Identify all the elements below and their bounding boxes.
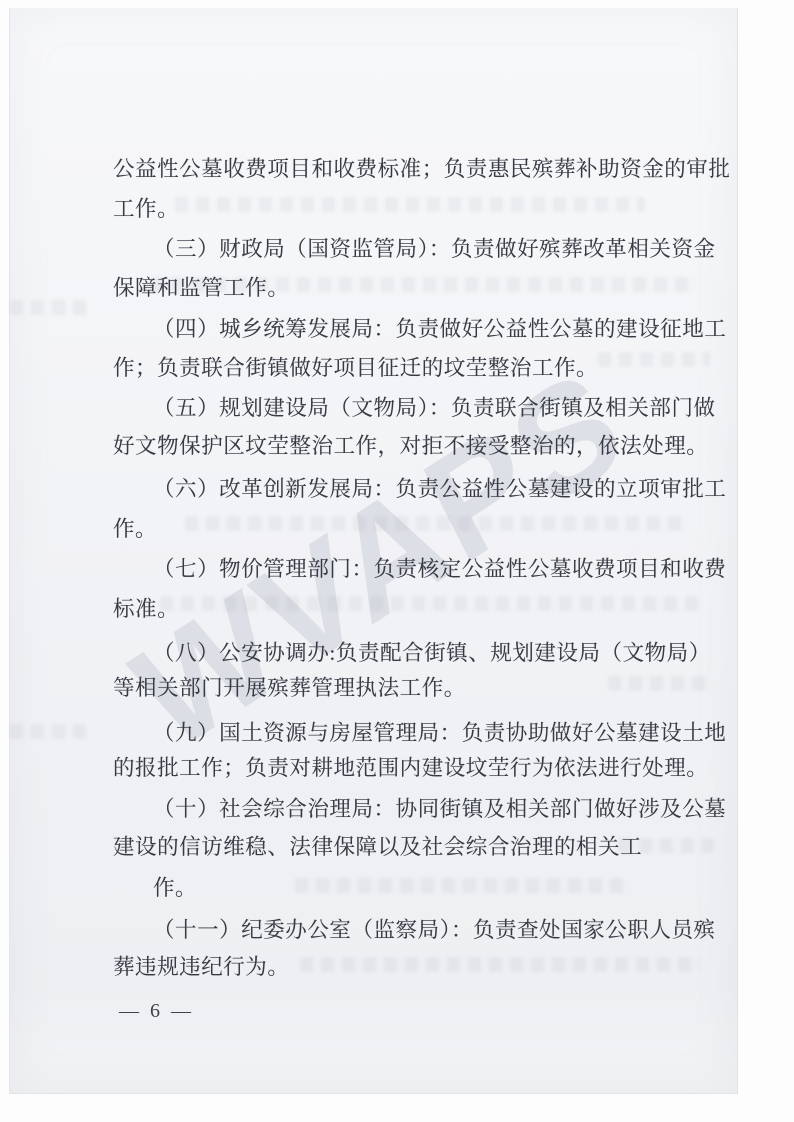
document-line: 工作。 — [113, 192, 719, 223]
document-line: （十一）纪委办公室（监察局）：负责查处国家公职人员殡 — [113, 913, 719, 944]
page-number: — 6 — — [119, 1000, 194, 1023]
document-line: 作。 — [113, 512, 719, 543]
document-line: 等相关部门开展殡葬管理执法工作。 — [113, 671, 719, 702]
bleedthrough-artifact — [10, 724, 86, 739]
document-line: （九）国土资源与房屋管理局：负责协助做好公墓建设土地 — [113, 716, 719, 747]
document-line: 作；负责联合街镇做好项目征迁的坟茔整治工作。 — [113, 351, 719, 382]
document-line: （十）社会综合治理局：协同街镇及相关部门做好涉及公墓 — [113, 792, 719, 823]
bleedthrough-artifact — [10, 300, 86, 315]
document-line: （七）物价管理部门：负责核定公益性公墓收费项目和收费 — [113, 552, 719, 583]
document-line: 的报批工作；负责对耕地范围内建设坟茔行为依法进行处理。 — [113, 751, 719, 782]
document-line: 保障和监管工作。 — [113, 271, 719, 302]
document-line: 葬违规违纪行为。 — [113, 950, 719, 981]
document-line: （四）城乡统筹发展局：负责做好公益性公墓的建设征地工 — [113, 312, 719, 343]
document-line: （六）改革创新发展局：负责公益性公墓建设的立项审批工 — [113, 472, 719, 503]
document-line: 好文物保护区坟茔整治工作，对拒不接受整治的，依法处理。 — [113, 429, 719, 460]
document-line: （五）规划建设局（文物局）：负责联合街镇及相关部门做 — [113, 391, 719, 422]
document-line: （八）公安协调办:负责配合街镇、规划建设局（文物局） — [113, 636, 719, 667]
document-line: 建设的信访维稳、法律保障以及社会综合治理的相关工 — [113, 830, 719, 861]
document-line: 标准。 — [113, 592, 719, 623]
document-line: 作。 — [113, 871, 719, 902]
document-line: （三）财政局（国资监管局）：负责做好殡葬改革相关资金 — [113, 232, 719, 263]
document-line: 公益性公墓收费项目和收费标准；负责惠民殡葬补助资金的审批 — [113, 152, 719, 183]
